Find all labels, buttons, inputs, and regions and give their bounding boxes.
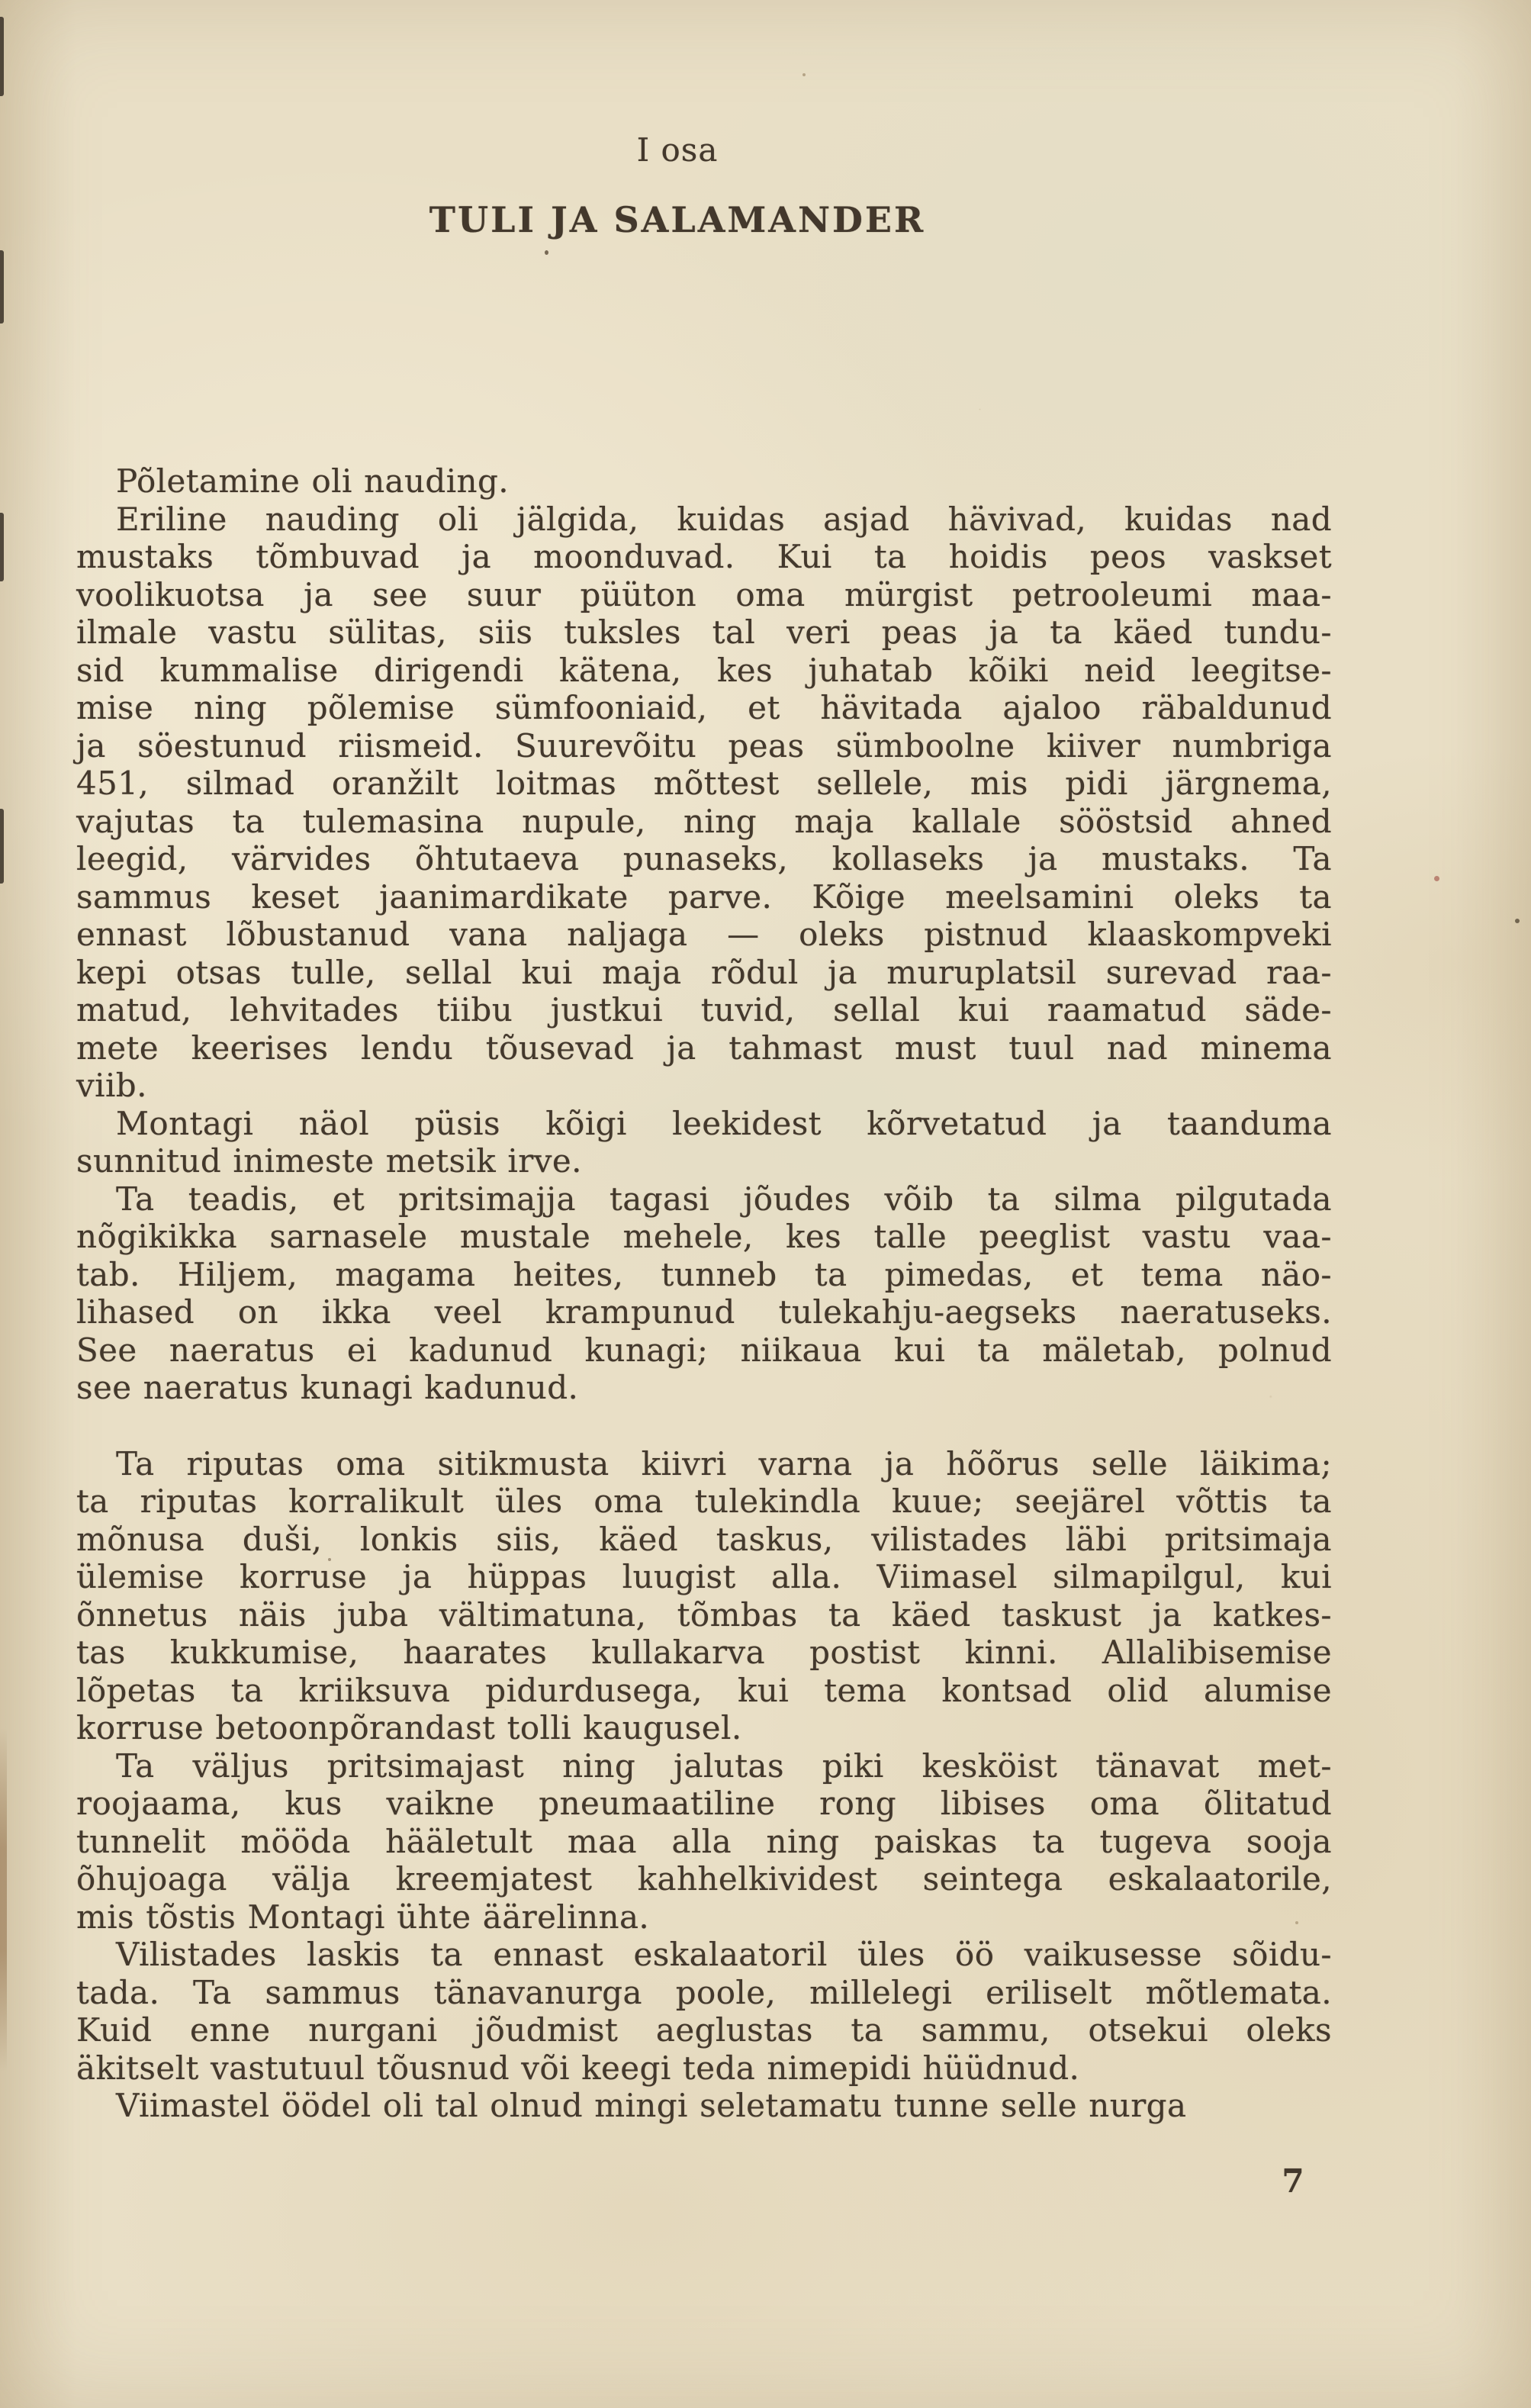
text-line: Kuid enne nurgani jõudmist aeglustas ta …: [76, 2011, 1332, 2049]
text-line: mis tõstis Montagi ühte äärelinna.: [76, 1898, 1332, 1936]
text-line: viib.: [76, 1067, 1332, 1105]
paper-speck: [545, 250, 548, 255]
scanned-book-page: I osa TULI JA SALAMANDER Põletamine oli …: [0, 0, 1531, 2408]
text-line: ilmale vastu sülitas, siis tuksles tal v…: [76, 613, 1332, 652]
text-line: sid kummalise dirigendi kätena, kes juha…: [76, 652, 1332, 690]
paragraph: Eriline nauding oli jälgida, kuidas asja…: [76, 501, 1332, 1105]
paragraph: Ta riputas oma sitikmusta kiivri varna j…: [76, 1445, 1332, 1747]
text-line: ja söestunud riismeid. Suurevõitu peas s…: [76, 727, 1332, 765]
text-line: Viimastel öödel oli tal olnud mingi sele…: [76, 2087, 1332, 2125]
text-line: See naeratus ei kadunud kunagi; niikaua …: [76, 1331, 1332, 1370]
text-line: 451, silmad oranžilt loitmas mõttest sel…: [76, 765, 1332, 803]
chapter-title: TULI JA SALAMANDER: [76, 198, 1279, 241]
text-line: Ta teadis, et pritsimajja tagasi jõudes …: [76, 1180, 1332, 1218]
text-line: roojaama, kus vaikne pneumaatiline rong …: [76, 1785, 1332, 1823]
text-line: tunnelit mööda hääletult maa alla ning p…: [76, 1823, 1332, 1861]
binding-edge-mark: [0, 250, 4, 324]
text-line: Montagi näol püsis kõigi leekidest kõrve…: [76, 1105, 1332, 1143]
text-line: äkitselt vastutuul tõusnud või keegi ted…: [76, 2049, 1332, 2088]
paragraph: Ta teadis, et pritsimajja tagasi jõudes …: [76, 1180, 1332, 1407]
text-line: ennast lõbustanud vana naljaga — oleks p…: [76, 916, 1332, 954]
binding-edge-mark: [0, 17, 4, 96]
text-line: sammus keset jaanimardikate parve. Kõige…: [76, 878, 1332, 916]
text-line: ülemise korruse ja hüppas luugist alla. …: [76, 1558, 1332, 1596]
part-heading: I osa: [76, 131, 1279, 169]
text-line: Vilistades laskis ta ennast eskalaatoril…: [76, 1936, 1332, 1974]
text-line: voolikuotsa ja see suur püüton oma mürgi…: [76, 576, 1332, 614]
text-line: tada. Ta sammus tänavanurga poole, mille…: [76, 1974, 1332, 2012]
text-line: vajutas ta tulemasina nupule, ning maja …: [76, 803, 1332, 841]
paper-speck: [1434, 876, 1439, 881]
text-line: Ta riputas oma sitikmusta kiivri varna j…: [76, 1445, 1332, 1483]
binding-edge-mark: [0, 513, 4, 581]
binding-streak: [0, 1728, 7, 2072]
text-line: mustaks tõmbuvad ja moonduvad. Kui ta ho…: [76, 538, 1332, 576]
binding-edge-mark: [0, 809, 4, 884]
paper-speck: [802, 73, 806, 76]
text-line: ta riputas korralikult üles oma tulekind…: [76, 1482, 1332, 1521]
text-line: kepi otsas tulle, sellal kui maja rõdul …: [76, 954, 1332, 992]
text-column: Põletamine oli nauding.Eriline nauding o…: [76, 462, 1332, 2125]
text-line: mete keerises lendu tõusevad ja tahmast …: [76, 1029, 1332, 1067]
paragraph: Vilistades laskis ta ennast eskalaatoril…: [76, 1936, 1332, 2087]
text-line: tas kukkumise, haarates kullakarva posti…: [76, 1634, 1332, 1672]
text-line: leegid, värvides õhtutaeva punaseks, kol…: [76, 840, 1332, 878]
text-line: lõpetas ta kriiksuva pidurdusega, kui te…: [76, 1672, 1332, 1710]
text-line: mõnusa duši, lonkis siis, käed taskus, v…: [76, 1521, 1332, 1559]
text-line: matud, lehvitades tiibu justkui tuvid, s…: [76, 991, 1332, 1029]
text-line: õhujoaga välja kreemjatest kahhelkivides…: [76, 1860, 1332, 1898]
text-line: mise ning põlemise sümfooniaid, et hävit…: [76, 689, 1332, 727]
paragraph: Ta väljus pritsimajast ning jalutas piki…: [76, 1747, 1332, 1936]
paper-speck: [1515, 919, 1520, 923]
text-line: nõgikikka sarnasele mustale mehele, kes …: [76, 1218, 1332, 1256]
text-line: lihased on ikka veel krampunud tulekahju…: [76, 1293, 1332, 1331]
paragraph: Põletamine oli nauding.: [76, 462, 1332, 501]
text-line: see naeratus kunagi kadunud.: [76, 1369, 1332, 1407]
paragraph: Viimastel öödel oli tal olnud mingi sele…: [76, 2087, 1332, 2125]
text-line: sunnitud inimeste metsik irve.: [76, 1142, 1332, 1180]
text-line: Ta väljus pritsimajast ning jalutas piki…: [76, 1747, 1332, 1785]
paragraph: Montagi näol püsis kõigi leekidest kõrve…: [76, 1105, 1332, 1180]
text-line: Põletamine oli nauding.: [76, 462, 1332, 501]
text-line: korruse betoonpõrandast tolli kaugusel.: [76, 1709, 1332, 1747]
page-number: 7: [1243, 2162, 1343, 2200]
text-line: õnnetus näis juba vältimatuna, tõmbas ta…: [76, 1596, 1332, 1634]
text-line: Eriline nauding oli jälgida, kuidas asja…: [76, 501, 1332, 539]
text-line: tab. Hiljem, magama heites, tunneb ta pi…: [76, 1256, 1332, 1294]
